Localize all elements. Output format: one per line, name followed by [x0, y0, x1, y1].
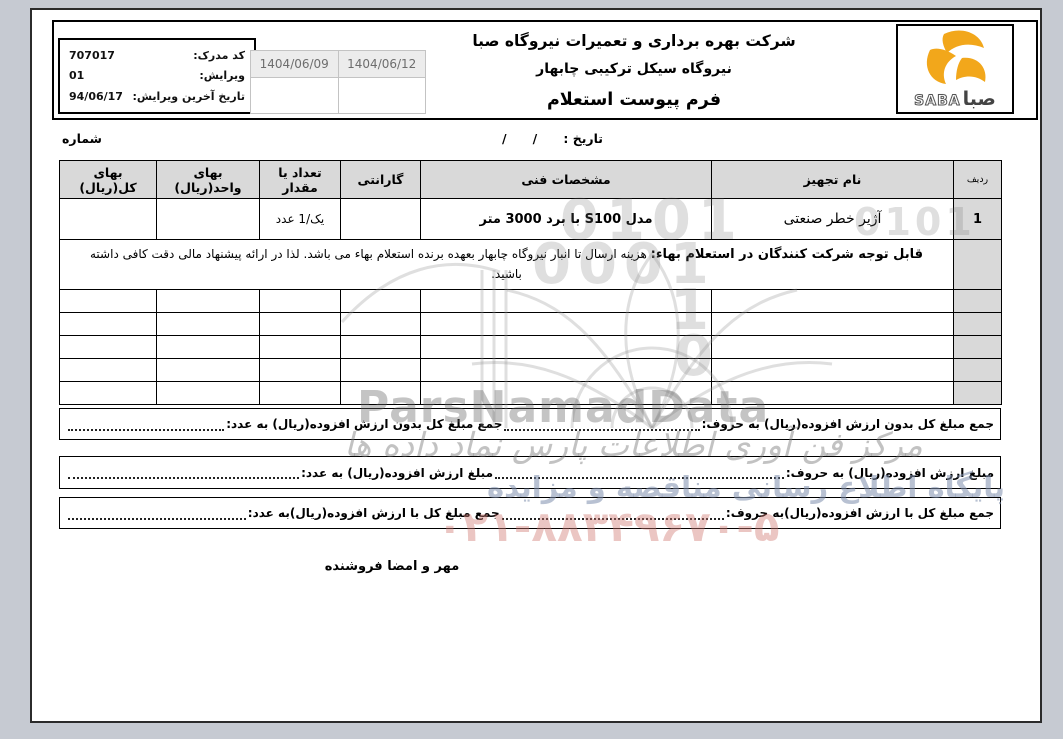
col-header-tech-specs: مشخصات فنی [421, 161, 712, 199]
saba-logo-box: SABA صبا [896, 24, 1014, 114]
table-row-item-1: 1 آژیر خطر صنعتی مدل S100 با برد 3000 مت… [60, 199, 1002, 240]
items-table: ردیف نام تجهیز مشخصات فنی گارانتی تعداد … [59, 160, 1002, 405]
doc-code-row: کد مدرک: 707017 [69, 49, 245, 62]
revision-row: ویرایش: 01 [69, 69, 245, 82]
fill-in-dots [495, 466, 784, 479]
inquiry-form-page: کد مدرک: 707017 ویرایش: 01 تاریخ آخرین و… [30, 8, 1042, 723]
item-quantity: یک/1 عدد [260, 199, 341, 240]
item-warranty [341, 199, 421, 240]
vat-amount-number-label: مبلغ ارزش افزوده(ریال) به عدد: [301, 466, 493, 480]
revision-value: 01 [69, 69, 84, 82]
plant-name: نیروگاه سیکل ترکیبی چابهار [404, 61, 864, 77]
attention-note-lead: قابل توجه شرکت کنندگان در استعلام بهاء: [651, 247, 923, 262]
last-revision-value: 94/06/17 [69, 90, 123, 103]
item-tech-specs: مدل S100 با برد 3000 متر [421, 199, 712, 240]
col-header-total-price: بهای کل(ریال) [60, 161, 157, 199]
saba-logo-farsi: صبا [963, 88, 996, 110]
fill-in-dots [502, 507, 724, 520]
item-equipment-name: آژیر خطر صنعتی [712, 199, 954, 240]
total-with-vat-words-label: جمع مبلغ کل با ارزش افزوده(ریال)به حروف: [726, 506, 994, 520]
date-cell-right: 1404/06/09 [251, 51, 338, 77]
seller-signature-label: مهر و امضا فروشنده [272, 559, 512, 574]
saba-logo-text: SABA صبا [914, 88, 996, 110]
document-code-box: کد مدرک: 707017 ویرایش: 01 تاریخ آخرین و… [58, 38, 256, 114]
dates-empty-row [251, 78, 425, 113]
vat-amount-words-label: مبلغ ارزش افزوده(ریال) به حروف: [786, 466, 994, 480]
col-header-row-no: ردیف [954, 161, 1002, 199]
col-header-equipment-name: نام تجهیز [712, 161, 954, 199]
table-row-empty [60, 382, 1002, 405]
total-with-vat-row: جمع مبلغ کل با ارزش افزوده(ریال)به حروف:… [59, 497, 1001, 529]
table-row-empty [60, 359, 1002, 382]
saba-logo-icon [900, 26, 1010, 92]
total-without-vat-number-label: جمع مبلغ کل بدون ارزش افزوده(ریال) به عد… [226, 417, 502, 431]
company-name: شرکت بهره برداری و تعمیرات نیروگاه صبا [404, 32, 864, 50]
attention-note: قابل توجه شرکت کنندگان در استعلام بهاء: … [60, 240, 954, 290]
revision-label: ویرایش: [199, 69, 245, 82]
date-field-label: تاریخ : / / [502, 131, 603, 146]
col-header-quantity: تعداد یا مقدار [260, 161, 341, 199]
total-with-vat-number-label: جمع مبلغ کل با ارزش افزوده(ریال)به عدد: [248, 506, 500, 520]
last-revision-label: تاریخ آخرین ویرایش: [132, 90, 245, 103]
last-revision-row: تاریخ آخرین ویرایش: 94/06/17 [69, 90, 245, 103]
table-row-empty [60, 290, 1002, 313]
col-header-unit-price: بهای واحد(ریال) [157, 161, 260, 199]
dates-row: 1404/06/12 1404/06/09 [251, 51, 425, 78]
note-row-no-cell [954, 240, 1002, 290]
company-title-block: شرکت بهره برداری و تعمیرات نیروگاه صبا ن… [404, 32, 864, 110]
doc-code-value: 707017 [69, 49, 115, 62]
number-field-label: شماره [62, 131, 102, 146]
item-total-price [60, 199, 157, 240]
fill-in-dots [68, 507, 246, 520]
date-empty-cell-right [251, 78, 338, 113]
table-row-empty [60, 313, 1002, 336]
vat-amount-row: مبلغ ارزش افزوده(ریال) به حروف: مبلغ ارز… [59, 456, 1001, 489]
table-row-empty [60, 336, 1002, 359]
form-header: کد مدرک: 707017 ویرایش: 01 تاریخ آخرین و… [52, 20, 1038, 120]
item-row-no: 1 [954, 199, 1002, 240]
total-without-vat-words-label: جمع مبلغ کل بدون ارزش افزوده(ریال) به حر… [702, 417, 994, 431]
table-note-row: قابل توجه شرکت کنندگان در استعلام بهاء: … [60, 240, 1002, 290]
attention-note-text: هزینه ارسال تا انبار نیروگاه چابهار بعهد… [90, 247, 651, 281]
form-title: فرم پیوست استعلام [404, 90, 864, 110]
fill-in-dots [68, 418, 224, 431]
saba-logo-latin: SABA [914, 93, 960, 109]
fill-in-dots [68, 466, 299, 479]
item-unit-price [157, 199, 260, 240]
total-without-vat-row: جمع مبلغ کل بدون ارزش افزوده(ریال) به حر… [59, 408, 1001, 440]
table-header-row: ردیف نام تجهیز مشخصات فنی گارانتی تعداد … [60, 161, 1002, 199]
dates-mini-table: 1404/06/12 1404/06/09 [250, 50, 426, 114]
fill-in-dots [504, 418, 699, 431]
col-header-warranty: گارانتی [341, 161, 421, 199]
doc-code-label: کد مدرک: [193, 49, 245, 62]
